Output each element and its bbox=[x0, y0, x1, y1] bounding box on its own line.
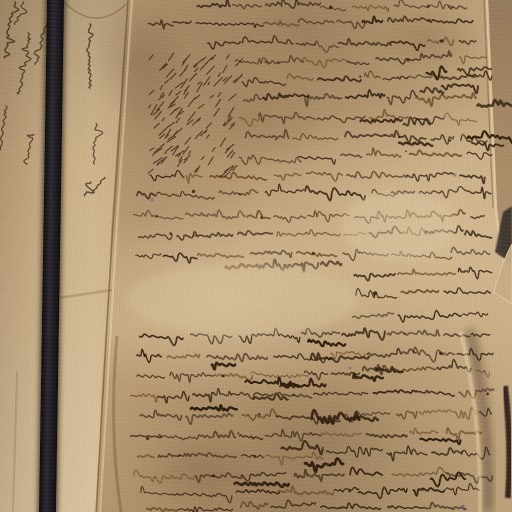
manuscript-photo bbox=[0, 0, 512, 512]
